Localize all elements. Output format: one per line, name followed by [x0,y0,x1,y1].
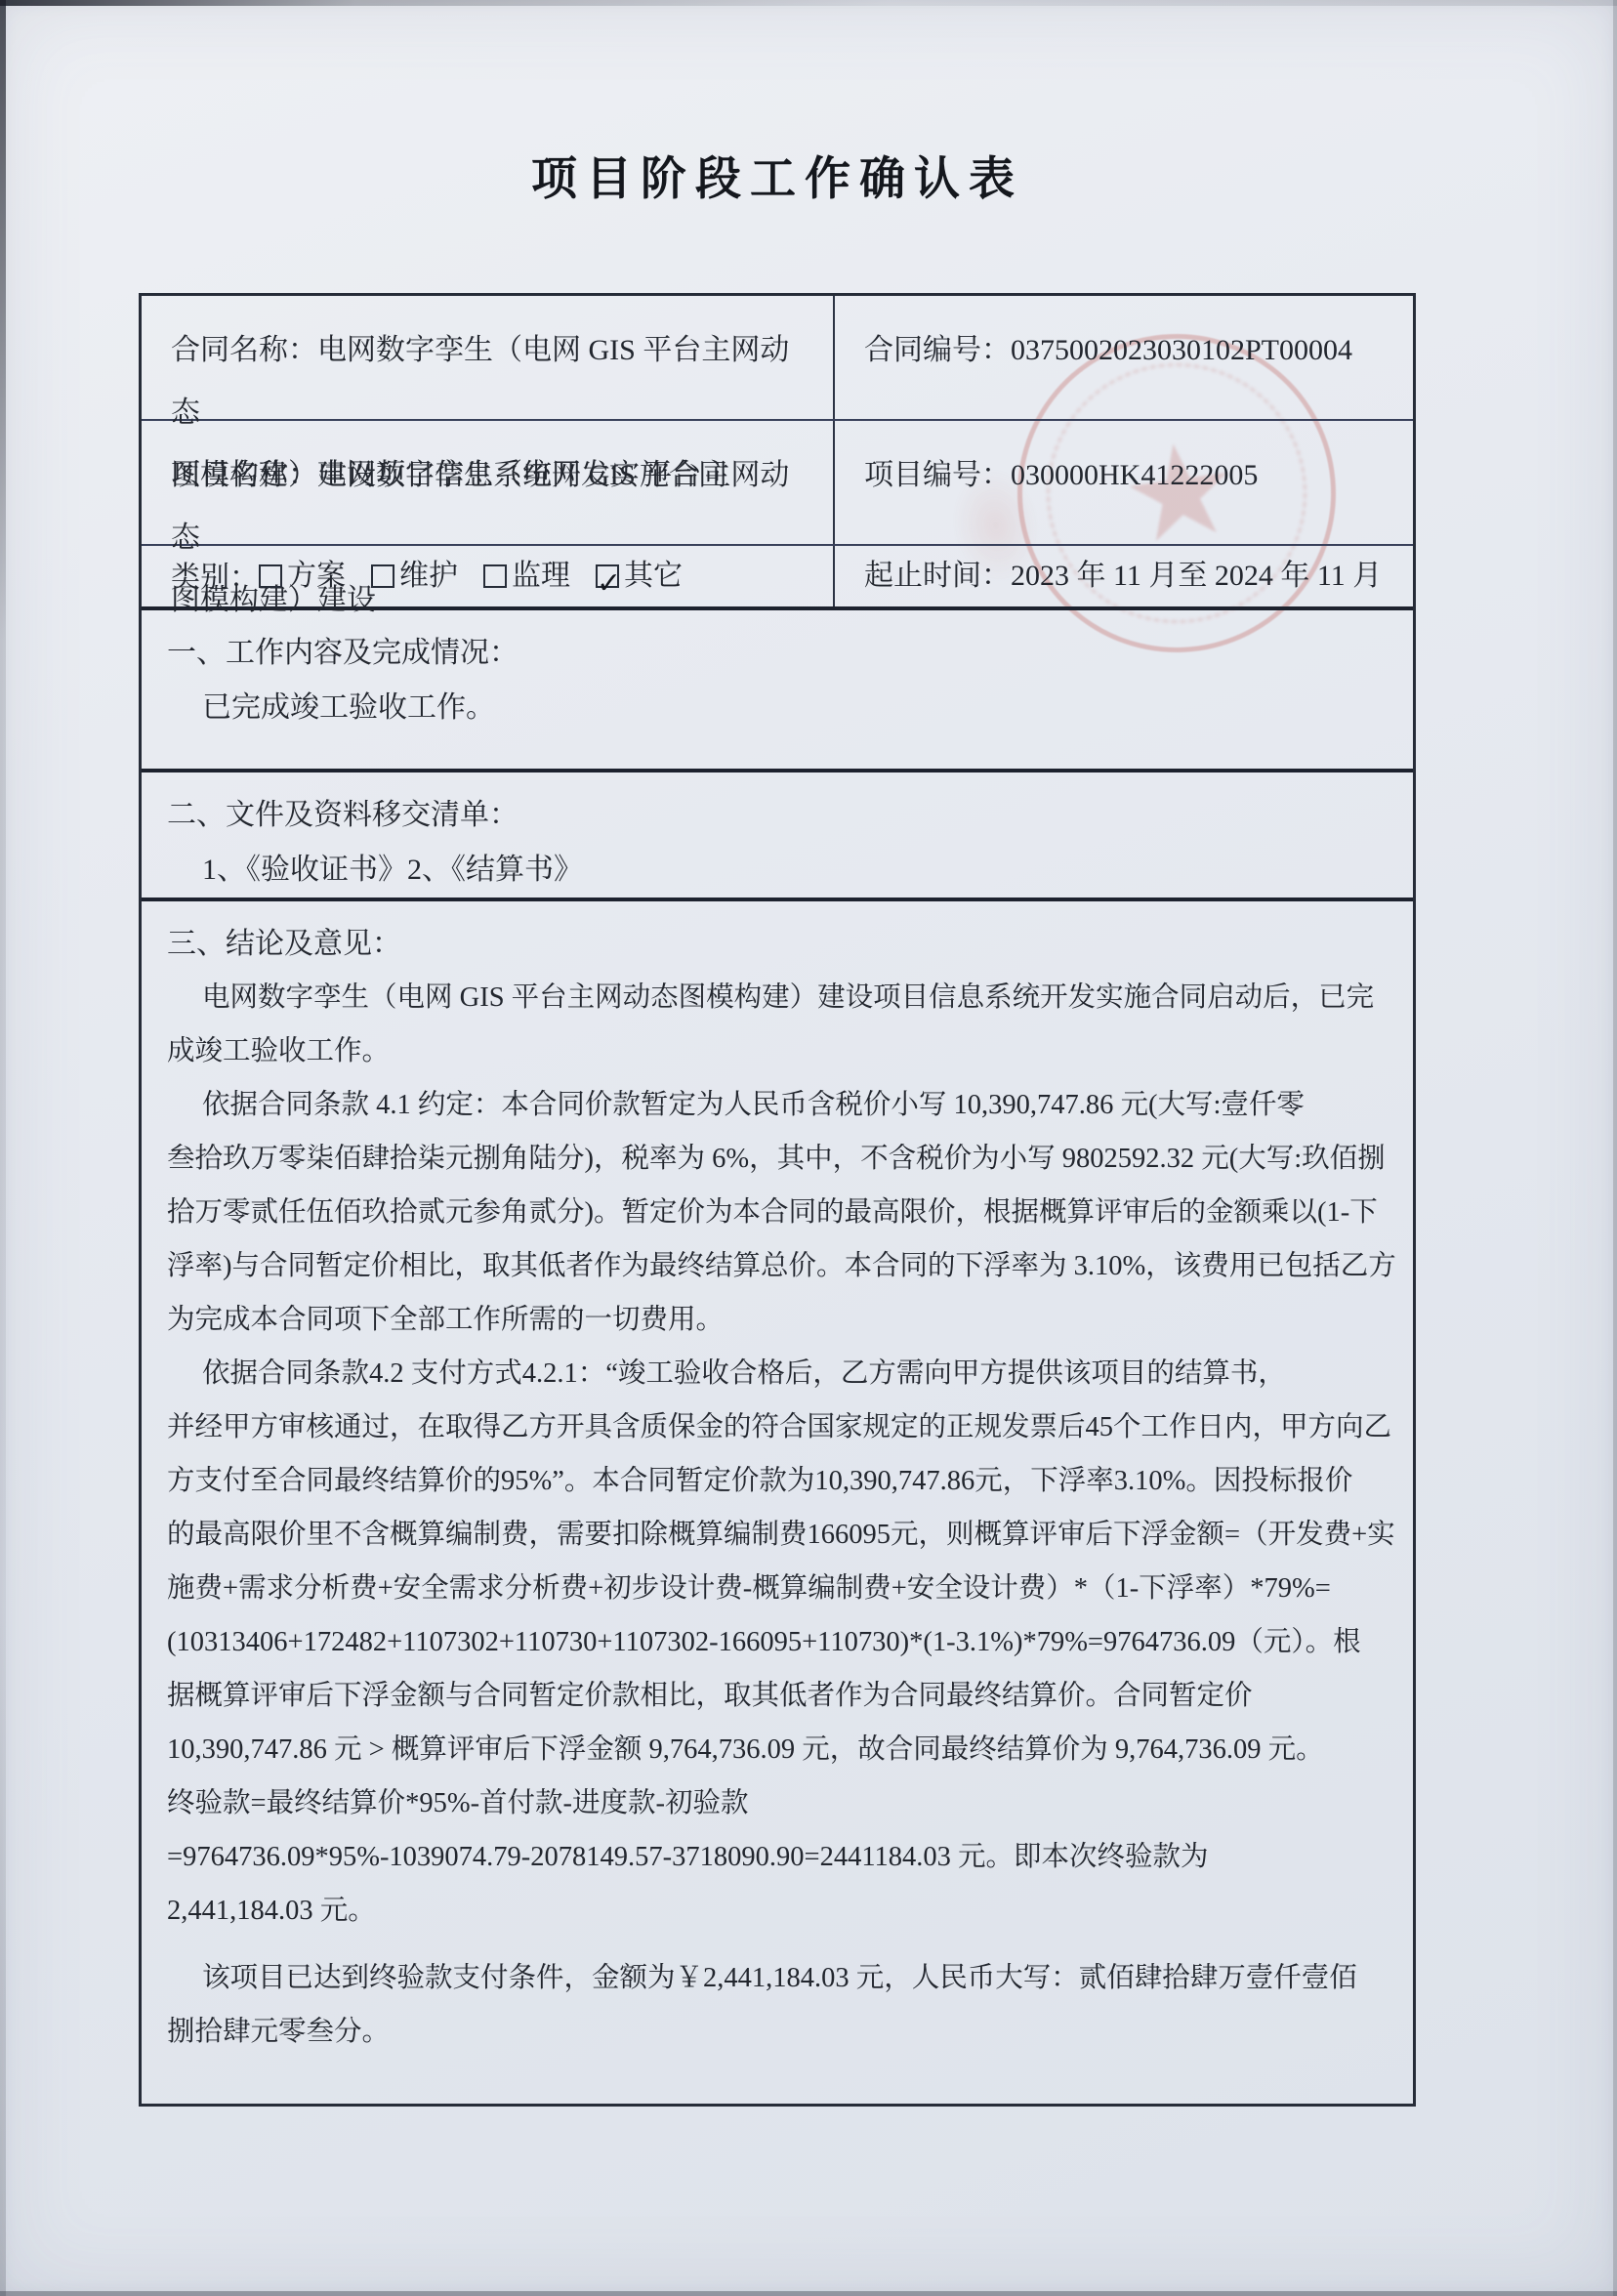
text-line: 10,390,747.86 元 > 概算评审后下浮金额 9,764,736.09… [167,1723,1380,1776]
contract-number-cell: 合同编号：0375002023030102PT00004 [835,296,1413,419]
text-line: (10313406+172482+1107302+110730+1107302-… [167,1615,1380,1669]
category-cell: 类别： ✓方案✓维护✓监理✓其它 [142,546,835,606]
category-checkbox-group: ✓方案✓维护✓监理✓其它 [259,546,708,609]
text-line: 已完成竣工验收工作。 [167,681,1380,735]
section-3-lines: 电网数字孪生（电网 GIS 平台主网动态图模构建）建设项目信息系统开发实施合同启… [167,971,1380,2059]
text-line: 捌拾肆元零叁分。 [167,2005,1380,2059]
category-options: 类别： ✓方案✓维护✓监理✓其它 [171,546,809,609]
category-option-label: 维护 [399,546,458,606]
scan-edge-top [0,0,1617,6]
text-line: 拾万零贰任伍佰玖拾贰元参角贰分)。暂定价为本合同的最高限价，根据概算评审后的金额… [167,1186,1380,1239]
text-line: 为完成本合同项下全部工作所需的一切费用。 [167,1293,1380,1347]
section-1-lines: 已完成竣工验收工作。 [167,681,1380,735]
category-option-label: 其它 [624,546,683,606]
category-option-维护: ✓维护 [371,546,458,606]
section-2: 二、文件及资料移交清单： 1、《验收证书》2、《结算书》 [142,772,1413,898]
category-row: 类别： ✓方案✓维护✓监理✓其它 起止时间：2023 年 11 月至 2024 … [142,546,1413,610]
section-2-lines: 1、《验收证书》2、《结算书》 [167,843,1380,898]
text-line: 的最高限价里不含概算编制费，需要扣除概算编制费166095元，则概算评审后下浮金… [167,1508,1380,1562]
text-line: =9764736.09*95%-1039074.79-2078149.57-37… [167,1830,1380,1884]
text-line: 依据合同条款4.2 支付方式4.2.1：“竣工验收合格后，乙方需向甲方提供该项目… [167,1347,1380,1400]
text-line: 据概算评审后下浮金额与合同暂定价款相比，取其低者作为合同最终结算价。合同暂定价 [167,1669,1380,1723]
section-3: 三、结论及意见： 电网数字孪生（电网 GIS 平台主网动态图模构建）建设项目信息… [142,901,1413,1609]
section-3-heading: 三、结论及意见： [167,917,1380,971]
section-2-row: 二、文件及资料移交清单： 1、《验收证书》2、《结算书》 [142,772,1413,901]
checked-checkbox-icon: ✓ [596,564,619,588]
project-name-row: 项目名称：电网数字孪生（电网 GIS 平台主网动态 图模构建）建设 项目编号：0… [142,421,1413,546]
text-line: 该项目已达到终验款支付条件，金额为￥2,441,184.03 元，人民币大写：贰… [167,1951,1380,2005]
category-option-其它: ✓其它 [596,546,683,606]
section-3-row: 三、结论及意见： 电网数字孪生（电网 GIS 平台主网动态图模构建）建设项目信息… [142,901,1413,1609]
period-value: 起止时间：2023 年 11 月至 2024 年 11 月 [864,546,1393,606]
project-number-cell: 项目编号：030000HK41222005 [835,421,1413,544]
category-label: 类别： [171,548,259,608]
contract-number: 合同编号：0375002023030102PT00004 [864,319,1393,382]
text-line: 施费+需求分析费+安全需求分析费+初步设计费-概算编制费+安全设计费）*（1-下… [167,1562,1380,1615]
contract-name-row: 合同名称：电网数字孪生（电网 GIS 平台主网动态 图模构建）建设项目信息系统开… [142,296,1413,421]
scanned-document-page: 项目阶段工作确认表 ★ 合同名称：电网数字孪生（电网 GIS 平台主网动态 图模… [0,0,1617,2296]
text-line: 叁拾玖万零柒佰肆拾柒元捌角陆分)，税率为 6%，其中，不含税价为小写 98025… [167,1132,1380,1186]
scan-edge-right [1613,0,1617,2296]
text-line: 浮率)与合同暂定价相比，取其低者作为最终结算总价。本合同的下浮率为 3.10%，… [167,1239,1380,1293]
unchecked-checkbox-icon: ✓ [259,564,282,588]
section-1-row: 一、工作内容及完成情况： 已完成竣工验收工作。 [142,610,1413,772]
contract-name-cell: 合同名称：电网数字孪生（电网 GIS 平台主网动态 图模构建）建设项目信息系统开… [142,296,835,419]
page-title: 项目阶段工作确认表 [139,143,1416,208]
text-line: 1、《验收证书》2、《结算书》 [167,843,1380,898]
text-line: 电网数字孪生（电网 GIS 平台主网动态图模构建）建设项目信息系统开发实施合同启… [167,971,1380,1024]
unchecked-checkbox-icon: ✓ [371,564,394,588]
text-line: 依据合同条款 4.1 约定：本合同价款暂定为人民币含税价小写 10,390,74… [167,1078,1380,1132]
project-name-cell: 项目名称：电网数字孪生（电网 GIS 平台主网动态 图模构建）建设 [142,421,835,544]
scan-edge-bottom [0,2291,1617,2296]
text-line: 成竣工验收工作。 [167,1024,1380,1078]
text-line: 并经甲方审核通过，在取得乙方开具含质保金的符合国家规定的正规发票后45个工作日内… [167,1400,1380,1454]
period-cell: 起止时间：2023 年 11 月至 2024 年 11 月 [835,546,1413,606]
checkmark-icon: ✓ [597,554,621,614]
category-option-方案: ✓方案 [259,546,346,606]
text-line: 方支付至合同最终结算价的95%”。本合同暂定价款为10,390,747.86元，… [167,1454,1380,1508]
confirmation-form-table: 合同名称：电网数字孪生（电网 GIS 平台主网动态 图模构建）建设项目信息系统开… [139,293,1416,2107]
category-option-监理: ✓监理 [483,546,570,606]
unchecked-checkbox-icon: ✓ [483,564,507,588]
category-option-label: 监理 [512,546,570,606]
text-line: 终验款=最终结算价*95%-首付款-进度款-初验款 [167,1776,1380,1830]
text-line: 2,441,184.03 元。 [167,1884,1380,1938]
section-2-heading: 二、文件及资料移交清单： [167,788,1380,843]
section-1: 一、工作内容及完成情况： 已完成竣工验收工作。 [142,610,1413,769]
category-option-label: 方案 [287,546,346,606]
section-1-heading: 一、工作内容及完成情况： [167,626,1380,681]
project-number: 项目编号：030000HK41222005 [864,444,1393,507]
scan-edge-left [0,0,6,2296]
